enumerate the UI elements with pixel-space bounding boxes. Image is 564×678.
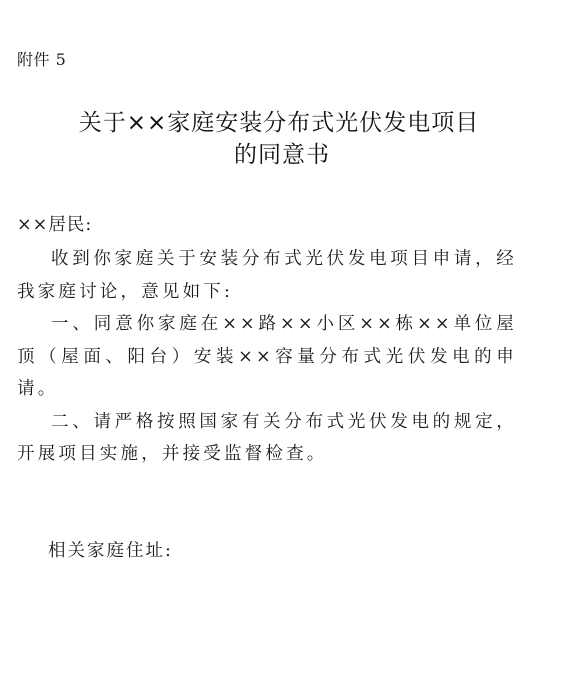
paragraph-item-1: 一、同意你家庭在××路××小区××栋××单位屋顶（屋面、阳台）安装××容量分布式… <box>17 308 517 406</box>
paragraph-item-2: 二、请严格按照国家有关分布式光伏发电的规定，开展项目实施，并接受监督检查。 <box>17 406 517 471</box>
document-title-line-2: 的同意书 <box>0 139 564 171</box>
salutation: ××居民: <box>17 210 92 240</box>
document-body: 收到你家庭关于安装分布式光伏发电项目申请，经我家庭讨论，意见如下: 一、同意你家… <box>17 243 517 471</box>
attachment-label: 附件 5 <box>17 49 66 71</box>
address-label: 相关家庭住址: <box>48 536 173 566</box>
document-title-line-1: 关于××家庭安装分布式光伏发电项目 <box>0 107 561 139</box>
paragraph-intro: 收到你家庭关于安装分布式光伏发电项目申请，经我家庭讨论，意见如下: <box>17 243 517 308</box>
